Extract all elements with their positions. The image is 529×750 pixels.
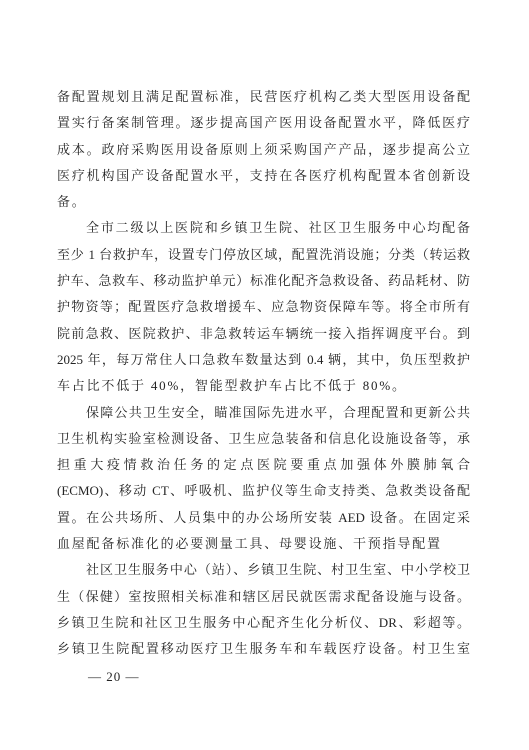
- text-line: 全市二级以上医院和乡镇卫生院、社区卫生服务中心均配备: [57, 215, 470, 241]
- page-number: — 20 —: [88, 669, 140, 684]
- text-line: 成本。政府采购医用设备原则上须采购国产产品，逐步提高公立: [57, 137, 470, 163]
- paragraph: 全市二级以上医院和乡镇卫生院、社区卫生服务中心均配备 至少 1 台救护车，设置专…: [57, 215, 470, 399]
- text-line: 社区卫生服务中心（站）、乡镇卫生院、村卫生室、中小学校卫: [57, 557, 470, 583]
- text-line: 生（保健）室按照相关标准和辖区居民就医需求配备设施与设备。: [57, 584, 470, 610]
- text-line: 血屋配备标准化的必要测量工具、母婴设施、干预指导配置等。: [57, 531, 470, 557]
- text-line: 护车、急救车、移动监护单元）标准化配齐急救设备、药品耗材、防: [57, 268, 470, 294]
- paragraph: 保障公共卫生安全，瞄准国际先进水平，合理配置和更新公共 卫生机构实验室检测设备、…: [57, 400, 470, 558]
- text-line: 至少 1 台救护车，设置专门停放区域，配置洗消设施；分类（转运救: [57, 242, 470, 268]
- text-line: 置实行备案制管理。逐步提高国产医用设备配置水平，降低医疗: [57, 110, 470, 136]
- text-line: (ECMO)、移动 CT、呼吸机、监护仪等生命支持类、急救类设备配: [57, 478, 470, 504]
- text-line: 备配置规划且满足配置标准，民营医疗机构乙类大型医用设备配: [57, 84, 470, 110]
- text-line: 担重大疫情救治任务的定点医院要重点加强体外膜肺氧合: [57, 452, 470, 478]
- page-footer: — 20 —: [88, 667, 140, 687]
- text-line: 保障公共卫生安全，瞄准国际先进水平，合理配置和更新公共: [57, 400, 470, 426]
- text-line: 车占比不低于 40%，智能型救护车占比不低于 80%。: [57, 373, 470, 399]
- text-line: 置。在公共场所、人员集中的办公场所安装 AED 设备。在固定采: [57, 505, 470, 531]
- document-body: 备配置规划且满足配置标准，民营医疗机构乙类大型医用设备配 置实行备案制管理。逐步…: [57, 84, 470, 663]
- text-line: 2025 年，每万常住人口急救车数量达到 0.4 辆，其中，负压型救护: [57, 347, 470, 373]
- text-line: 护物资等；配置医疗急救增援车、应急物资保障车等。将全市所有: [57, 294, 470, 320]
- text-line: 医疗机构国产设备配置水平，支持在各医疗机构配置本省创新设: [57, 163, 470, 189]
- paragraph: 社区卫生服务中心（站）、乡镇卫生院、村卫生室、中小学校卫 生（保健）室按照相关标…: [57, 557, 470, 662]
- text-line: 卫生机构实验室检测设备、卫生应急装备和信息化设施设备等，承: [57, 426, 470, 452]
- text-line: 乡镇卫生院和社区卫生服务中心配齐生化分析仪、DR、彩超等。: [57, 610, 470, 636]
- document-page: 备配置规划且满足配置标准，民营医疗机构乙类大型医用设备配 置实行备案制管理。逐步…: [0, 0, 529, 750]
- text-line: 院前急救、医院救护、非急救转运车辆统一接入指挥调度平台。到: [57, 321, 470, 347]
- text-line: 备。: [57, 189, 470, 215]
- paragraph: 备配置规划且满足配置标准，民营医疗机构乙类大型医用设备配 置实行备案制管理。逐步…: [57, 84, 470, 215]
- text-line: 乡镇卫生院配置移动医疗卫生服务车和车载医疗设备。村卫生室: [57, 636, 470, 662]
